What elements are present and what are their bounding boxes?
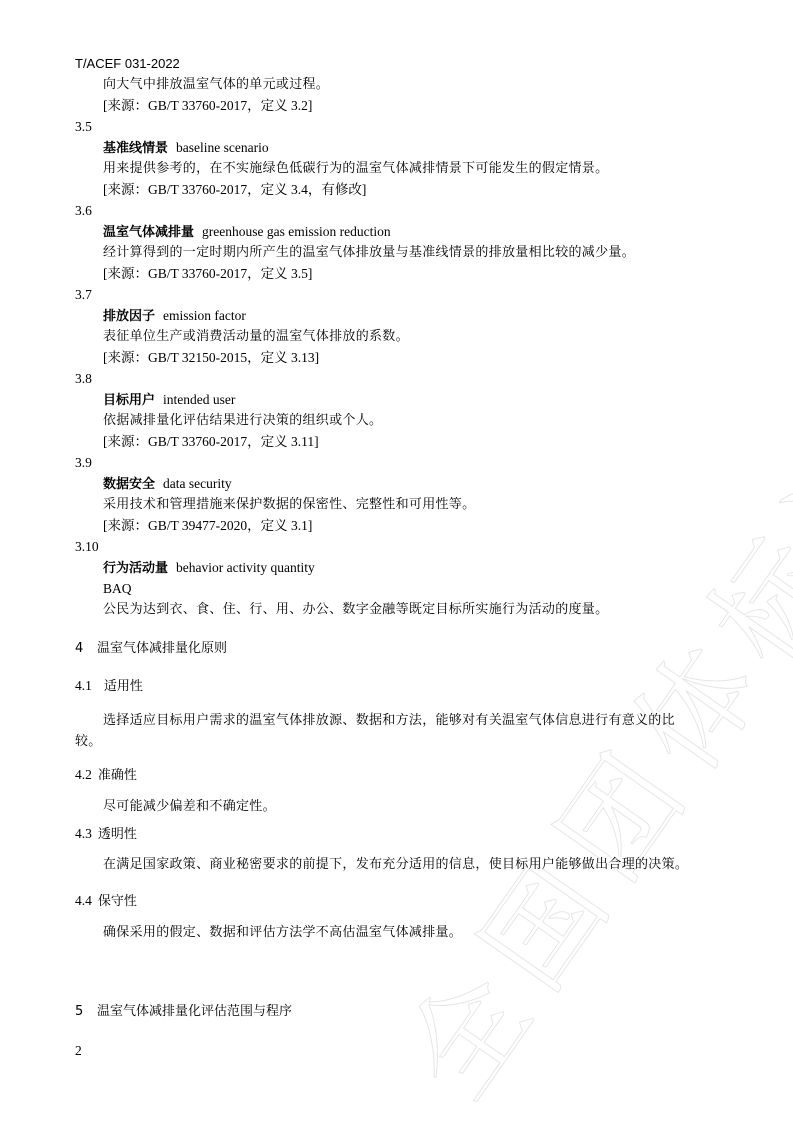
term-cn: 温室气体减排量	[103, 225, 194, 240]
subsection-title: 适用性	[104, 679, 143, 694]
definition-source: [来源：GB/T 33760-2017，定义 3.2]	[103, 98, 312, 114]
clause-number: 3.6	[75, 203, 92, 219]
definition-source: [来源：GB/T 32150-2015，定义 3.13]	[103, 350, 319, 366]
term-cn: 排放因子	[103, 309, 155, 324]
definition-text: 用来提供参考的，在不实施绿色低碳行为的温室气体减排情景下可能发生的假定情景。	[103, 161, 608, 177]
term-heading: 数据安全data security	[103, 476, 232, 493]
subsection-heading-4-4: 4.4保守性	[75, 893, 137, 910]
subsection-number: 4.3	[75, 826, 92, 841]
paragraph-text: 尽可能减少偏差和不确定性。	[103, 799, 276, 815]
term-heading: 行为活动量behavior activity quantity	[103, 560, 315, 577]
term-cn: 基准线情景	[103, 141, 168, 156]
subsection-number: 4.4	[75, 893, 92, 908]
subsection-heading-4-2: 4.2准确性	[75, 767, 137, 784]
subsection-heading-4-1: 4.1适用性	[75, 678, 143, 695]
subsection-number: 4.1	[75, 678, 92, 693]
term-cn: 数据安全	[103, 477, 155, 492]
paragraph-text: 选择适应目标用户需求的温室气体排放源、数据和方法，能够对有关温室气体信息进行有意…	[103, 713, 675, 729]
term-en: data security	[163, 476, 232, 491]
definition-source: [来源：GB/T 33760-2017，定义 3.11]	[103, 434, 319, 450]
definition-text: 经计算得到的一定时期内所产生的温室气体排放量与基准线情景的排放量相比较的减少量。	[103, 245, 635, 261]
definition-text: 依据减排量化评估结果进行决策的组织或个人。	[103, 413, 382, 429]
term-heading: 基准线情景baseline scenario	[103, 140, 269, 157]
clause-number: 3.5	[75, 119, 92, 135]
subsection-title: 透明性	[98, 827, 137, 842]
definition-source: [来源：GB/T 39477-2020，定义 3.1]	[103, 518, 312, 534]
section-number: 5	[75, 1004, 97, 1020]
term-abbreviation: BAQ	[103, 581, 132, 597]
document-code: T/ACEF 031-2022	[75, 56, 180, 72]
clause-number: 3.10	[75, 539, 99, 555]
subsection-number: 4.2	[75, 767, 92, 782]
term-en: greenhouse gas emission reduction	[202, 224, 391, 239]
term-heading: 温室气体减排量greenhouse gas emission reduction	[103, 224, 391, 241]
definition-text: 采用技术和管理措施来保护数据的保密性、完整性和可用性等。	[103, 497, 475, 513]
subsection-title: 准确性	[98, 768, 137, 783]
section-number: 4	[75, 641, 97, 657]
definition-source: [来源：GB/T 33760-2017，定义 3.4，有修改]	[103, 182, 366, 198]
definition-text: 向大气中排放温室气体的单元或过程。	[103, 77, 329, 93]
subsection-heading-4-3: 4.3透明性	[75, 826, 137, 843]
clause-number: 3.9	[75, 455, 92, 471]
document-page: 全国团体标准信息平台 T/ACEF 031-2022 向大气中排放温室气体的单元…	[0, 0, 793, 1122]
term-cn: 目标用户	[103, 393, 155, 408]
clause-number: 3.8	[75, 371, 92, 387]
term-heading: 目标用户intended user	[103, 392, 235, 409]
term-en: behavior activity quantity	[176, 560, 315, 575]
section-title: 温室气体减排量化原则	[97, 641, 227, 656]
subsection-title: 保守性	[98, 894, 137, 909]
definition-text: 表征单位生产或消费活动量的温室气体排放的系数。	[103, 329, 409, 345]
paragraph-text: 较。	[75, 734, 102, 750]
term-en: emission factor	[163, 308, 246, 323]
section-title: 温室气体减排量化评估范围与程序	[97, 1004, 292, 1019]
term-heading: 排放因子emission factor	[103, 308, 246, 325]
term-cn: 行为活动量	[103, 561, 168, 576]
paragraph-text: 确保采用的假定、数据和评估方法学不高估温室气体减排量。	[103, 925, 462, 941]
paragraph-text: 在满足国家政策、商业秘密要求的前提下，发布充分适用的信息，使目标用户能够做出合理…	[103, 857, 688, 873]
definition-text: 公民为达到衣、食、住、行、用、办公、数字金融等既定目标所实施行为活动的度量。	[103, 602, 608, 618]
watermark: 全国团体标准信息平台	[360, 293, 793, 1099]
section-heading-5: 5温室气体减排量化评估范围与程序	[75, 1004, 292, 1020]
page-number: 2	[75, 1043, 82, 1059]
term-en: intended user	[163, 392, 235, 407]
clause-number: 3.7	[75, 287, 92, 303]
definition-source: [来源：GB/T 33760-2017，定义 3.5]	[103, 266, 312, 282]
section-heading-4: 4温室气体减排量化原则	[75, 641, 227, 657]
term-en: baseline scenario	[176, 140, 269, 155]
